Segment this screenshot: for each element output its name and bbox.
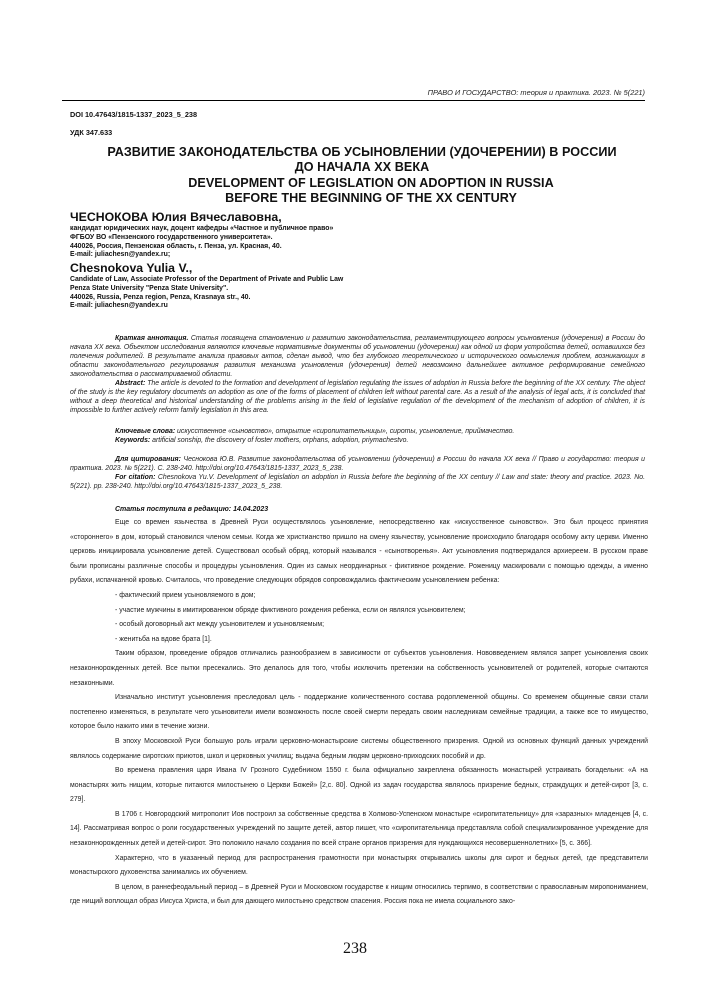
citation-en-text: Chesnokova Yu.V. Development of legislat…	[70, 474, 645, 490]
title-en-line-2: BEFORE THE BEGINNING OF THE XX CENTURY	[62, 191, 662, 206]
header-rule	[62, 100, 645, 101]
list-item: - участие мужчины в имитированном обряде…	[70, 604, 648, 619]
citation-ru-label: Для цитирования:	[115, 456, 181, 463]
body-paragraph-5: Во времена правления царя Ивана IV Грозн…	[70, 764, 648, 808]
author-ru-email: E-mail: juliachesn@yandex.ru;	[70, 251, 333, 260]
author-name-en: Chesnokova Yulia V.,	[70, 261, 192, 275]
received-date: Статья поступила в редакцию: 14.04.2023	[115, 506, 268, 513]
author-ru-university: ФГБОУ ВО «Пензенского государственного у…	[70, 234, 333, 243]
article-body: Еще со времен язычества в Древней Руси о…	[70, 516, 648, 910]
author-en-address: 440026, Russia, Penza region, Penza, Kra…	[70, 294, 343, 303]
body-paragraph-3: Изначально институт усыновления преследо…	[70, 691, 648, 735]
keywords-en-text: artificial sonship, the discovery of fos…	[150, 437, 408, 444]
page-number: 238	[0, 940, 710, 958]
list-item: - женитьба на вдове брата [1].	[70, 633, 648, 648]
article-title: РАЗВИТИЕ ЗАКОНОДАТЕЛЬСТВА ОБ УСЫНОВЛЕНИИ…	[62, 145, 662, 206]
running-head: ПРАВО И ГОСУДАРСТВО: теория и практика. …	[62, 88, 645, 97]
body-paragraph-2: Таким образом, проведение обрядов отлича…	[70, 647, 648, 691]
author-affiliation-ru: кандидат юридических наук, доцент кафедр…	[70, 225, 333, 260]
body-paragraph-1: Еще со времен язычества в Древней Руси о…	[70, 516, 648, 589]
author-ru-degree: кандидат юридических наук, доцент кафедр…	[70, 225, 333, 234]
journal-page: ПРАВО И ГОСУДАРСТВО: теория и практика. …	[0, 0, 710, 1003]
annotation-ru-label: Краткая аннотация.	[115, 335, 188, 342]
abstract-en-text: The article is devoted to the formation …	[70, 380, 645, 414]
citation-en: For citation: Chesnokova Yu.V. Developme…	[70, 474, 645, 492]
author-ru-address: 440026, Россия, Пензенская область, г. П…	[70, 243, 333, 252]
title-ru-line-1: РАЗВИТИЕ ЗАКОНОДАТЕЛЬСТВА ОБ УСЫНОВЛЕНИИ…	[62, 145, 662, 160]
keywords-en: Keywords: artificial sonship, the discov…	[115, 437, 408, 446]
title-en-line-1: DEVELOPMENT OF LEGISLATION ON ADOPTION I…	[62, 176, 662, 191]
keywords-en-label: Keywords:	[115, 437, 150, 444]
list-item: - фактический прием усыновляемого в дом;	[70, 589, 648, 604]
body-paragraph-7: Характерно, что в указанный период для р…	[70, 852, 648, 881]
body-paragraph-8: В целом, в раннефеодальный период – в Др…	[70, 881, 648, 910]
doi: DOI 10.47643/1815-1337_2023_5_238	[70, 110, 197, 119]
citation-en-label: For citation:	[115, 474, 155, 481]
abstract-en-label: Abstract:	[115, 380, 145, 387]
body-paragraph-6: В 1706 г. Новгородский митрополит Иов по…	[70, 808, 648, 852]
citation-ru: Для цитирования: Чеснокова Ю.В. Развитие…	[70, 456, 645, 474]
body-paragraph-4: В эпоху Московской Руси большую роль игр…	[70, 735, 648, 764]
author-name-ru: ЧЕСНОКОВА Юлия Вячеславовна,	[70, 210, 282, 224]
author-en-university: Penza State University "Penza State Univ…	[70, 285, 343, 294]
author-en-degree: Candidate of Law, Associate Professor of…	[70, 276, 343, 285]
keywords-ru: Ключевые слова: искусственное «сыновство…	[115, 428, 514, 437]
title-ru-line-2: ДО НАЧАЛА XX ВЕКА	[62, 160, 662, 175]
author-affiliation-en: Candidate of Law, Associate Professor of…	[70, 276, 343, 311]
abstract-en: Abstract: The article is devoted to the …	[70, 380, 645, 416]
author-en-email: E-mail: juliachesn@yandex.ru	[70, 302, 343, 311]
udk: УДК 347.633	[70, 128, 112, 137]
annotation-ru: Краткая аннотация. Статья посвящена стан…	[70, 335, 645, 380]
keywords-ru-label: Ключевые слова:	[115, 428, 175, 435]
keywords-ru-text: искусственное «сыновство», открытие «сир…	[175, 428, 514, 435]
list-item: - особый договорный акт между усыновител…	[70, 618, 648, 633]
